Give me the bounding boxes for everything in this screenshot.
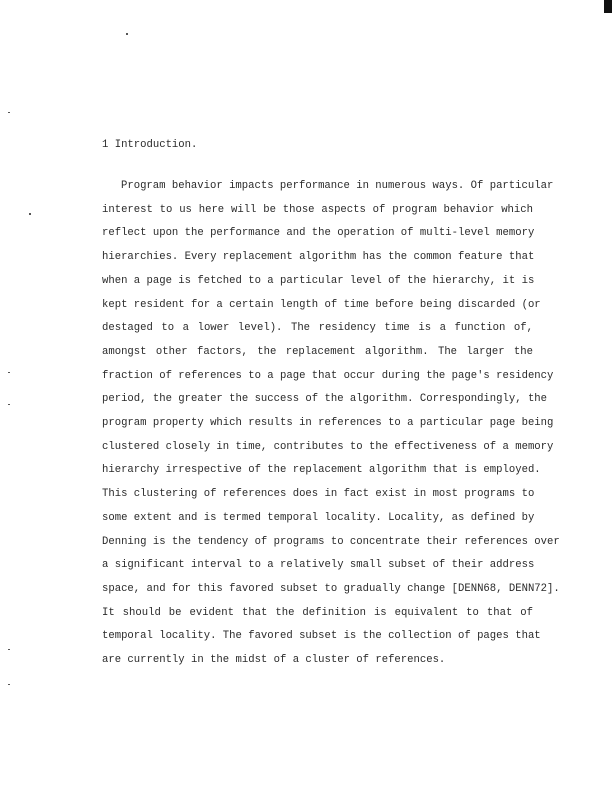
paragraph-line: reflect upon the performance and the ope…: [102, 226, 533, 240]
paragraph-line: some extent and is termed temporal local…: [102, 511, 533, 525]
scan-speck: [8, 649, 10, 650]
paragraph-line: hierarchies. Every replacement algorithm…: [102, 250, 533, 264]
paragraph-line: amongst other factors, the replacement a…: [102, 345, 533, 359]
paragraph-line: kept resident for a certain length of ti…: [102, 298, 533, 312]
paragraph-line: interest to us here will be those aspect…: [102, 203, 533, 217]
paragraph-line: space, and for this favored subset to gr…: [102, 582, 533, 596]
scan-speck: [29, 213, 31, 215]
paragraph-line: period, the greater the success of the a…: [102, 392, 533, 406]
paragraph-line: temporal locality. The favored subset is…: [102, 629, 533, 643]
paragraph-line: program property which results in refere…: [102, 416, 533, 430]
paragraph-line: when a page is fetched to a particular l…: [102, 274, 533, 288]
section-heading: 1 Introduction.: [102, 139, 197, 151]
scan-speck: [8, 112, 10, 113]
paragraph-line: are currently in the midst of a cluster …: [102, 653, 533, 667]
paragraph-line: Denning is the tendency of programs to c…: [102, 535, 533, 549]
paragraph-line: It should be evident that the definition…: [102, 606, 533, 620]
document-page: 1 Introduction. Program behavior impacts…: [0, 0, 612, 791]
scan-speck: [8, 684, 10, 685]
paragraph-line: Program behavior impacts performance in …: [121, 179, 533, 193]
scan-speck: [8, 404, 10, 405]
paragraph-line: clustered closely in time, contributes t…: [102, 440, 533, 454]
paragraph-line: a significant interval to a relatively s…: [102, 558, 533, 572]
paragraph-line: fraction of references to a page that oc…: [102, 369, 533, 383]
scan-speck: [126, 33, 128, 35]
scan-speck: [8, 372, 10, 373]
paragraph-line: hierarchy irrespective of the replacemen…: [102, 463, 533, 477]
paragraph-line: destaged to a lower level). The residenc…: [102, 321, 533, 335]
paragraph-line: This clustering of references does in fa…: [102, 487, 533, 501]
scan-registration-mark: [604, 0, 612, 13]
